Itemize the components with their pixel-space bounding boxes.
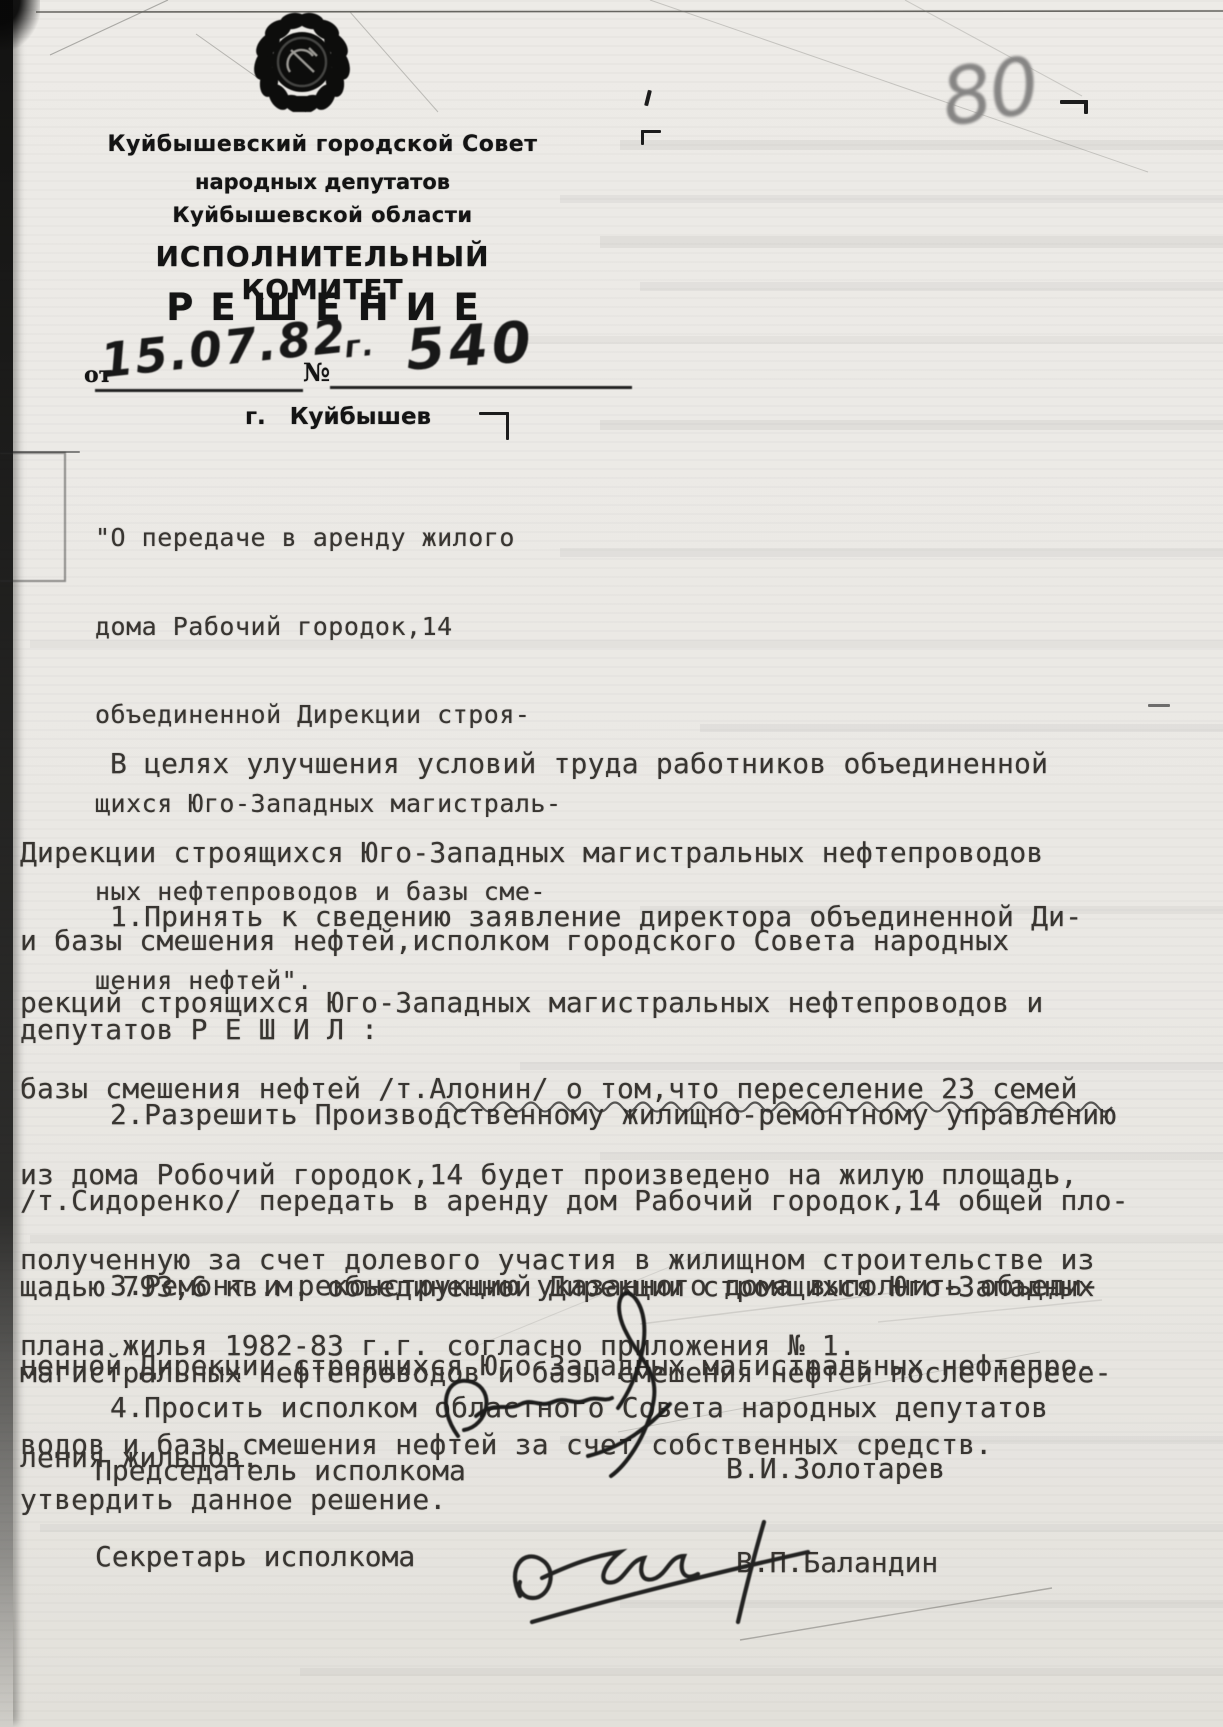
signature-name-secretary: В.П.Баландин [736,1546,938,1579]
handwritten-number: 540 [404,310,537,384]
org-name-line3: Куйбышевской области [60,203,585,227]
body-line: 4.Просить исполком областного Совета нар… [20,1393,1200,1424]
soviet-coat-of-arms-icon [251,12,353,112]
org-name-line1: Куйбышевский городской Совет [60,132,585,157]
org-name-line2: народных депутатов [60,170,585,194]
signature-title-secretary: Секретарь исполкома [95,1540,415,1573]
pen-dash-mark [1148,704,1170,707]
pen-corner-mark [641,130,661,133]
scan-edge-shadow [0,0,13,1727]
pen-bracket-mark [479,412,509,415]
number-label: № [303,358,330,387]
body-line: рекций строящихся Юго-Западных магистрал… [20,989,1200,1018]
subject-line: "О передаче в аренду жилого [95,523,562,553]
body-line: 3.Ремонт и реконструкцию указанного дома… [20,1273,1200,1300]
body-line: 2.Разрешить Производственному жилищно-ре… [20,1101,1200,1130]
pencil-margin-box [0,452,66,582]
date-underline [95,389,303,392]
subject-line: дома Рабочий городок,14 [95,612,562,642]
number-underline [330,386,632,389]
scan-corner-shadow [0,0,40,50]
pen-bracket-mark [506,412,509,440]
pen-corner-mark [641,130,644,145]
body-line: В целях улучшения условий труда работник… [20,749,1200,779]
handwritten-page-number: 80 [936,41,1044,145]
body-line: утвердить данное решение. [20,1485,1200,1516]
signature-name-chairman: В.И.Золотарев [726,1452,945,1485]
pencil-margin-line [0,451,80,453]
pen-tick-mark [644,90,652,106]
signature-title-chairman: Председатель исполкома [95,1454,466,1487]
city-line: г. Куйбышев [245,404,431,430]
body-line: 1.Принять к сведению заявление директора… [20,903,1200,932]
pen-corner-mark [1084,100,1088,114]
body-line: /т.Сидоренко/ передать в аренду дом Рабо… [20,1187,1200,1216]
document-page: Куйбышевский городской Совет народных де… [0,0,1223,1727]
